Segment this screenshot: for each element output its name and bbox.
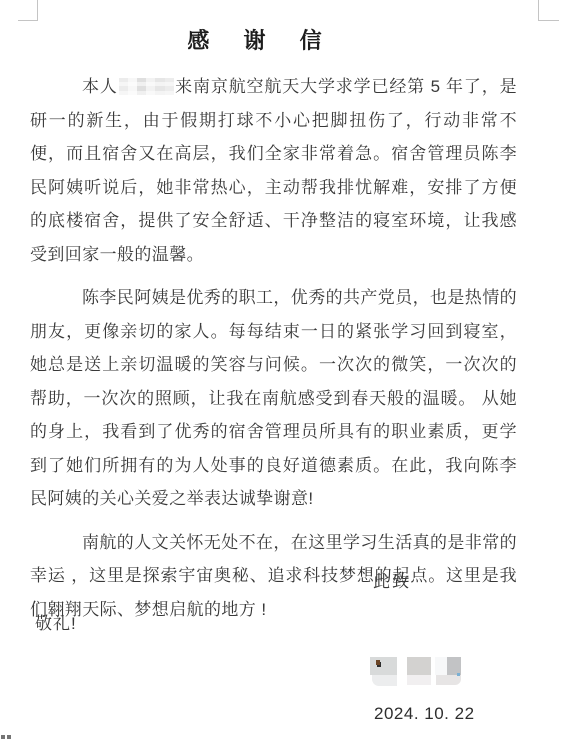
closing-cizhi: 此致: [373, 565, 411, 590]
page-edge-artifact: [1, 735, 5, 739]
signature-blur-tile: [370, 657, 397, 675]
signature-blur-speck: [376, 660, 380, 665]
letter-title: 感 谢 信: [30, 24, 480, 55]
paragraph-3: 南航的人文关怀无处不在，在这里学习生活真的是非常的幸运 ，这里是探索宇宙奥秘、追…: [30, 526, 517, 627]
letter-page: 感 谢 信 本人来南京航空航天大学求学已经第 5 年了，是研一的新生，由于假期打…: [0, 0, 587, 741]
paragraph-1-text: 来南京航空航天大学求学已经第 5 年了，是研一的新生，由于假期打球不小心把脚扭伤…: [30, 77, 517, 264]
signature-blur-tile: [407, 657, 431, 675]
paragraph-1: 本人来南京航空航天大学求学已经第 5 年了，是研一的新生，由于假期打球不小心把脚…: [30, 70, 517, 271]
closing-jingli: 敬礼!: [35, 607, 77, 632]
paragraph-1-lead: 本人: [82, 77, 118, 96]
margin-mark-top-left: [37, 0, 38, 20]
letter-date: 2024. 10. 22: [374, 697, 475, 722]
redacted-signature-blur: [370, 656, 463, 686]
paragraph-2: 陈李民阿姨是优秀的职工，优秀的共产党员，也是热情的朋友，更像亲切的家人。每每结束…: [30, 281, 517, 516]
margin-mark-top-right: [538, 20, 559, 21]
signature-blur-tile: [407, 675, 431, 685]
margin-mark-top-right: [538, 0, 539, 20]
signature-blur-tile: [372, 675, 397, 686]
signature-blur-speck: [457, 673, 460, 676]
signature-blur-tile: [436, 675, 461, 685]
signature-blur-tile: [435, 657, 447, 675]
margin-mark-top-left: [18, 20, 38, 21]
letter-body: 本人来南京航空航天大学求学已经第 5 年了，是研一的新生，由于假期打球不小心把脚…: [30, 70, 517, 626]
page-edge-artifact: [7, 735, 11, 739]
redacted-name-blur: [119, 78, 174, 95]
